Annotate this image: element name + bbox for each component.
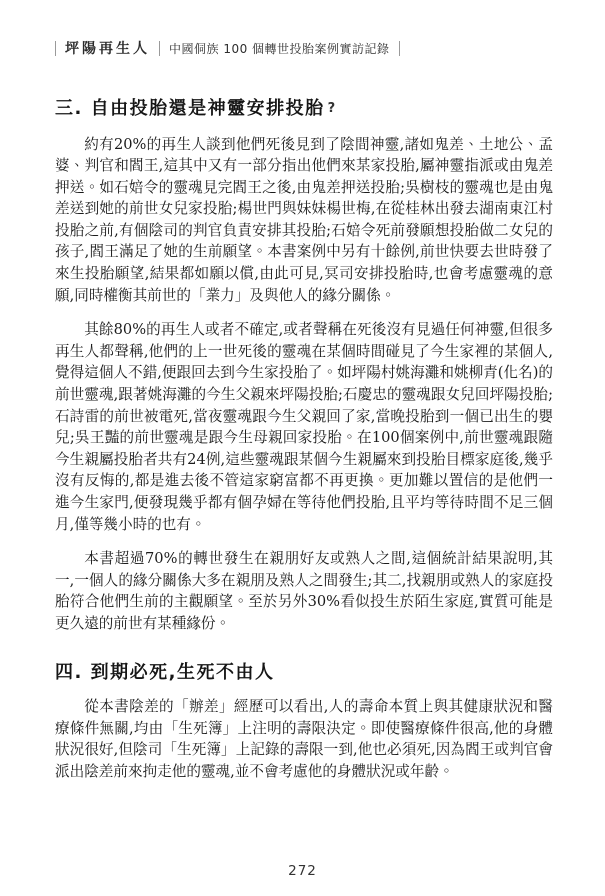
section-heading-3: 三. 自由投胎還是神靈安排投胎? xyxy=(55,98,553,121)
section-heading-3-text: 三. 自由投胎還是神靈安排投胎 xyxy=(55,98,325,119)
separator-bar-icon xyxy=(55,41,56,56)
paragraph-free-vs-arranged-1: 約有20%的再生人談到他們死後見到了陰間神靈,諸如鬼差、土地公、孟婆、判官和閻王… xyxy=(55,134,553,307)
book-page: 坪陽再生人 中國侗族 100 個轉世投胎案例實訪記錄 三. 自由投胎還是神靈安排… xyxy=(0,0,605,896)
running-header: 坪陽再生人 中國侗族 100 個轉世投胎案例實訪記錄 xyxy=(55,38,553,58)
book-subtitle: 中國侗族 100 個轉世投胎案例實訪記錄 xyxy=(169,40,390,57)
paragraph-death-on-schedule-1: 從本書陰差的「辦差」經歷可以看出,人的壽命本質上與其健康狀況和醫療條件無關,均由… xyxy=(55,696,553,782)
book-title: 坪陽再生人 xyxy=(65,38,150,58)
separator-bar-icon xyxy=(159,41,160,56)
page-number: 272 xyxy=(0,863,605,879)
question-mark-glyph: ? xyxy=(328,101,337,116)
paragraph-free-vs-arranged-2: 其餘80%的再生人或者不確定,或者聲稱在死後沒有見過任何神靈,但很多再生人都聲稱… xyxy=(55,319,553,535)
section-heading-4: 四. 到期必死,生死不由人 xyxy=(55,662,553,685)
section-heading-4-text: 四. 到期必死,生死不由人 xyxy=(55,662,274,683)
separator-bar-icon xyxy=(399,41,400,56)
paragraph-free-vs-arranged-3: 本書超過70%的轉世發生在親朋好友或熟人之間,這個統計結果說明,其一,一個人的緣… xyxy=(55,548,553,634)
